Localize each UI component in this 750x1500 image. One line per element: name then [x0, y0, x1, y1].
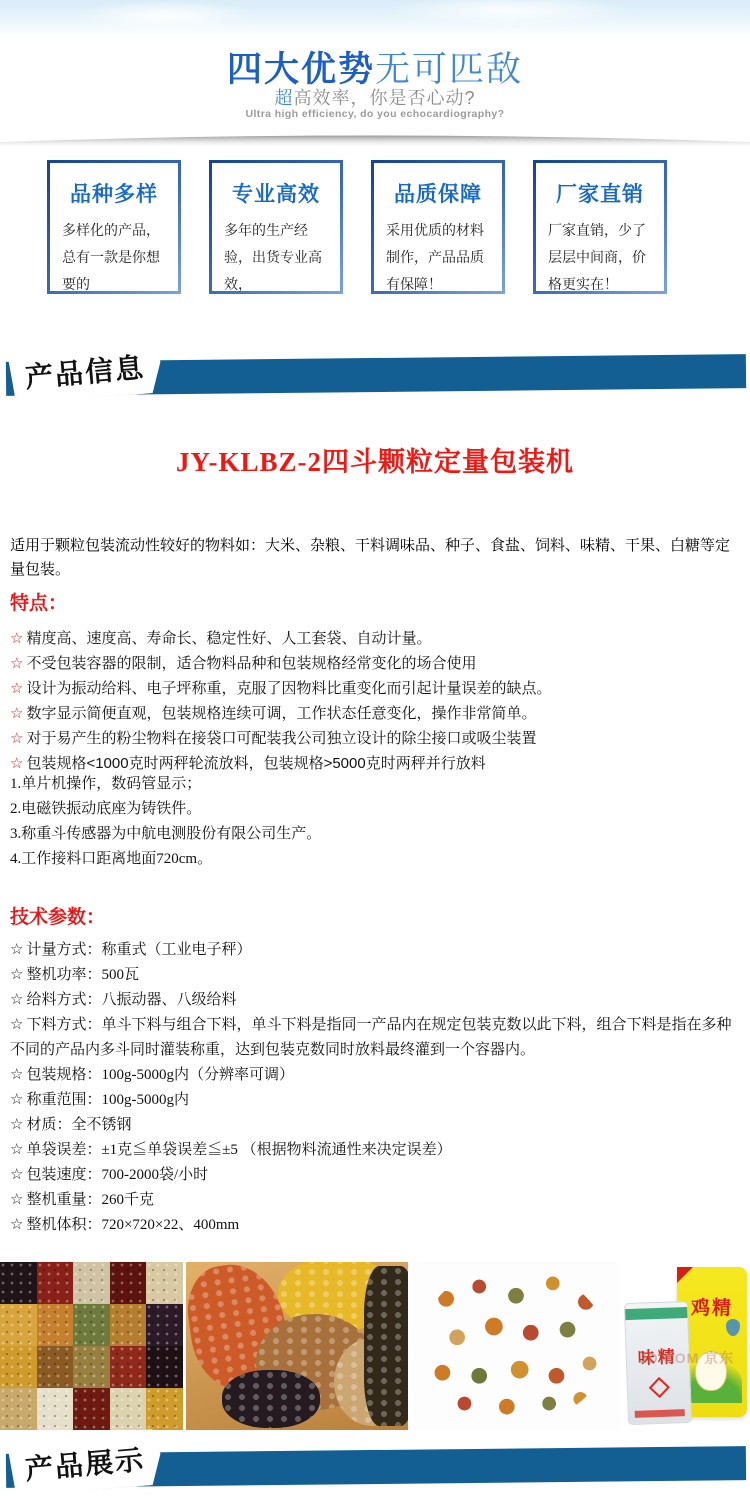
tech-params-list: ☆计量方式：称重式（工业电子秤） ☆整机功率：500瓦 ☆给料方式：八振动器、八…	[10, 938, 746, 1238]
feature-text: 包装规格<1000克时两秤轮流放料，包装规格>5000克时两秤并行放料	[26, 755, 485, 772]
hero-subtitle-rest: 高效率，你是否心动?	[293, 88, 475, 108]
feature-text: 不受包装容器的限制，适合物料品种和包装规格经常变化的场合使用	[26, 655, 476, 672]
tech-item: ☆单袋误差：±1克≦单袋误差≦±5 （根据物料流通性来决定误差）	[10, 1138, 746, 1163]
product-intro: 适用于颗粒包装流动性较好的物料如：大米、杂粮、干料调味品、种子、食盐、饲料、味精…	[10, 534, 744, 582]
star-icon: ☆	[10, 1142, 23, 1158]
advantage-desc: 多年的生产经验，出货专业高效，	[224, 217, 329, 298]
photo-dried-fruits-nuts	[186, 1262, 408, 1430]
advantage-title: 厂家直销	[536, 178, 664, 208]
raisin-cluster	[222, 1370, 320, 1428]
tech-item: ☆整机重量：260千克	[10, 1188, 746, 1213]
product-detail-page: 四大优势无可匹敌 超高效率，你是否心动? Ultra high efficien…	[0, 0, 750, 1500]
features-heading: 特点：	[10, 588, 67, 615]
advantage-title: 专业高效	[212, 178, 340, 208]
tech-text: 给料方式：八振动器、八级给料	[26, 992, 236, 1008]
advantage-card-efficiency: 专业高效 多年的生产经验，出货专业高效，	[209, 160, 343, 294]
feature-text: 设计为振动给料、电子坪称重，克服了因物料比重变化而引起计量误差的缺点。	[26, 680, 551, 697]
material-photos-row: JD.COM 京东 鸡精 味精	[0, 1262, 750, 1430]
shield-logo-icon	[726, 1319, 740, 1336]
hero-subtitle-english: Ultra high efficiency, do you echocardio…	[0, 108, 750, 120]
star-icon: ☆	[10, 1167, 23, 1183]
hero-section: 四大优势无可匹敌 超高效率，你是否心动? Ultra high efficien…	[0, 0, 750, 152]
tech-item: ☆称重范围：100g-5000g内	[10, 1088, 746, 1113]
kibble-pile	[424, 1268, 608, 1422]
star-icon: ☆	[10, 992, 23, 1008]
advantage-card-quality: 品质保障 采用优质的材料制作，产品品质有保障！	[371, 160, 505, 294]
tech-item: ☆整机体积：720×720×22、400mm	[10, 1213, 746, 1238]
star-icon: ☆	[10, 630, 23, 647]
star-icon: ☆	[10, 730, 23, 747]
tech-text: 包装速度：700-2000袋/小时	[26, 1167, 208, 1183]
feature-text: 数字显示简便直观，包装规格连续可调，工作状态任意变化，操作非常简单。	[26, 705, 536, 722]
star-icon: ☆	[10, 680, 23, 697]
advantage-card-factory-direct: 厂家直销 厂家直销，少了层层中间商，价格更实在！	[533, 160, 667, 294]
sky-background	[0, 0, 750, 36]
tech-text: 包装规格：100g-5000g内（分辨率可调）	[26, 1067, 294, 1083]
feature-item: ☆不受包装容器的限制，适合物料品种和包装规格经常变化的场合使用	[10, 651, 746, 676]
banner-label-text: 产品信息	[23, 346, 146, 396]
tech-text: 计量方式：称重式（工业电子秤）	[26, 942, 251, 958]
tech-text: 单袋误差：±1克≦单袋误差≦±5 （根据物料流通性来决定误差）	[26, 1142, 451, 1158]
tech-text: 整机体积：720×720×22、400mm	[26, 1217, 239, 1233]
msg-bag-red-strip	[635, 1409, 685, 1418]
feature-item: ☆数字显示简便直观，包装规格连续可调，工作状态任意变化，操作非常简单。	[10, 701, 746, 726]
advantage-desc: 采用优质的材料制作，产品品质有保障！	[386, 217, 491, 298]
feature-item: ☆设计为振动给料、电子坪称重，克服了因物料比重变化而引起计量误差的缺点。	[10, 676, 746, 701]
tech-item: ☆给料方式：八振动器、八级给料	[10, 988, 746, 1013]
star-icon: ☆	[10, 1067, 23, 1083]
tech-text: 下料方式：单斗下料与组合下料，单斗下料是指同一产品内在规定包装克数以此下料，组合…	[10, 1017, 731, 1058]
star-icon: ☆	[10, 1017, 23, 1033]
tech-text: 整机重量：260千克	[26, 1192, 154, 1208]
section-banner-product-show: 产品展示	[0, 1430, 750, 1500]
tech-params-heading: 技术参数：	[10, 902, 105, 929]
tech-item: ☆材质：全不锈钢	[10, 1113, 746, 1138]
star-icon: ☆	[10, 967, 23, 983]
star-icon: ☆	[10, 942, 23, 958]
tech-text: 称重范围：100g-5000g内	[26, 1092, 189, 1108]
star-icon: ☆	[10, 655, 23, 672]
features-list: ☆精度高、速度高、寿命长、稳定性好、人工套袋、自动计量。 ☆不受包装容器的限制，…	[10, 626, 746, 776]
product-title: JY-KLBZ-2四斗颗粒定量包装机	[0, 440, 750, 479]
photo-seasoning-bags: JD.COM 京东 鸡精 味精	[623, 1262, 750, 1430]
tech-item: ☆包装速度：700-2000袋/小时	[10, 1163, 746, 1188]
curve-shadow-divider	[0, 126, 750, 148]
star-icon: ☆	[10, 705, 23, 722]
msg-bag-green-band	[625, 1307, 687, 1320]
tech-item: ☆包装规格：100g-5000g内（分辨率可调）	[10, 1063, 746, 1088]
star-icon: ☆	[10, 1217, 23, 1233]
banner-label-tag: 产品信息	[7, 336, 163, 405]
feature-item: ☆精度高、速度高、寿命长、稳定性好、人工套袋、自动计量。	[10, 626, 746, 651]
banner-label-text: 产品展示	[23, 1438, 146, 1488]
advantage-card-variety: 品种多样 多样化的产品，总有一款是你想要的	[47, 160, 181, 294]
advantage-desc: 厂家直销，少了层层中间商，价格更实在！	[548, 217, 653, 298]
star-icon: ☆	[10, 1092, 23, 1108]
numbered-item: 4.工作接料口距离地面720cm。	[10, 847, 746, 872]
hero-subtitle: 超高效率，你是否心动?	[0, 84, 750, 110]
hero-subtitle-accent: 超	[274, 88, 293, 108]
tech-item: ☆下料方式：单斗下料与组合下料，单斗下料是指同一产品内在规定包装克数以此下料，组…	[10, 1013, 746, 1063]
banner-label-tag: 产品展示	[7, 1428, 163, 1497]
tech-item: ☆计量方式：称重式（工业电子秤）	[10, 938, 746, 963]
advantages-row: 品种多样 多样化的产品，总有一款是你想要的 专业高效 多年的生产经验，出货专业高…	[47, 160, 703, 294]
tech-item: ☆整机功率：500瓦	[10, 963, 746, 988]
numbered-item: 2.电磁铁振动底座为铸铁件。	[10, 797, 746, 822]
advantage-title: 品种多样	[50, 178, 178, 208]
numbered-item: 3.称重斗传感器为中航电测股份有限公司生产。	[10, 822, 746, 847]
star-icon: ☆	[10, 755, 23, 772]
star-icon: ☆	[10, 1117, 23, 1133]
numbered-notes-list: 1.单片机操作，数码管显示； 2.电磁铁振动底座为铸铁件。 3.称重斗传感器为中…	[10, 772, 746, 872]
feature-text: 精度高、速度高、寿命长、稳定性好、人工套袋、自动计量。	[26, 630, 431, 647]
sunflower-seeds-cluster	[364, 1266, 408, 1426]
advantage-title: 品质保障	[374, 178, 502, 208]
photo-grains-mosaic	[0, 1262, 183, 1430]
numbered-item: 1.单片机操作，数码管显示；	[10, 772, 746, 797]
feature-text: 对于易产生的粉尘物料在接袋口可配装我公司独立设计的除尘接口或吸尘装置	[26, 730, 536, 747]
feature-item: ☆对于易产生的粉尘物料在接袋口可配装我公司独立设计的除尘接口或吸尘装置	[10, 726, 746, 751]
section-banner-product-info: 产品信息	[0, 338, 750, 408]
star-icon: ☆	[10, 1192, 23, 1208]
watermark-text: JD.COM 京东	[623, 1348, 750, 1368]
tech-text: 整机功率：500瓦	[26, 967, 139, 983]
tech-text: 材质：全不锈钢	[26, 1117, 131, 1133]
advantage-desc: 多样化的产品，总有一款是你想要的	[62, 217, 167, 298]
rooster-emblem-icon	[648, 1377, 669, 1398]
photo-pet-food	[412, 1262, 619, 1430]
